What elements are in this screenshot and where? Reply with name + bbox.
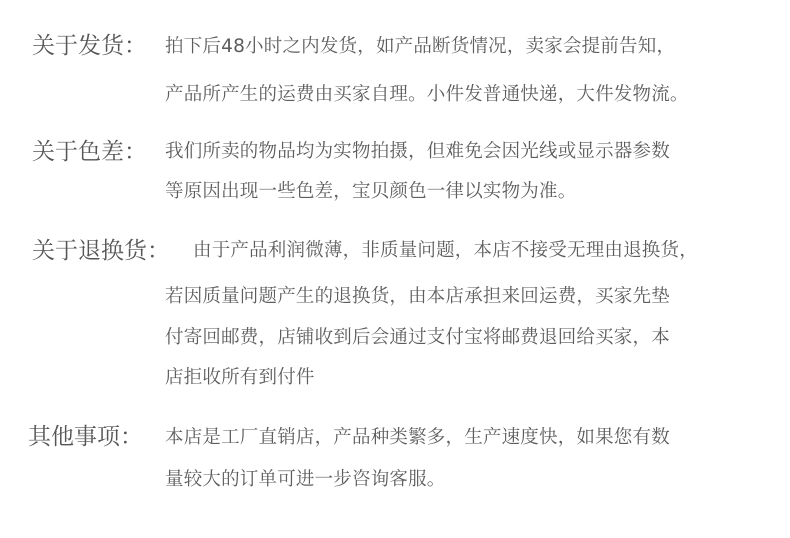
section-label-color-difference: 关于色差： [32,137,147,167]
section-label-returns: 关于退换货： [32,236,170,266]
section-text-line: 拍下后48小时之内发货，如产品断货情况，卖家会提前告知， [165,34,675,60]
section-text-line: 店拒收所有到付件 [165,365,315,391]
section-text-line: 若因质量问题产生的退换货，由本店承担来回运费，买家先垫 [165,284,670,310]
section-text-line: 我们所卖的物品均为实物拍摄，但难免会因光线或显示器参数 [165,139,670,165]
section-label-other: 其他事项： [28,422,143,452]
section-text-line: 量较大的订单可进一步咨询客服。 [165,467,446,493]
section-text-line: 等原因出现一些色差，宝贝颜色一律以实物为准。 [165,179,576,205]
section-text-line: 付寄回邮费，店铺收到后会通过支付宝将邮费退回给买家，本 [165,325,670,351]
section-text-line: 由于产品利润微薄，非质量问题，本店不接受无理由退换货， [193,238,698,264]
section-text-line: 产品所产生的运费由买家自理。小件发普通快递，大件发物流。 [165,82,689,108]
section-label-shipping: 关于发货： [32,31,147,61]
section-text-line: 本店是工厂直销店，产品种类繁多，生产速度快，如果您有数 [165,425,670,451]
